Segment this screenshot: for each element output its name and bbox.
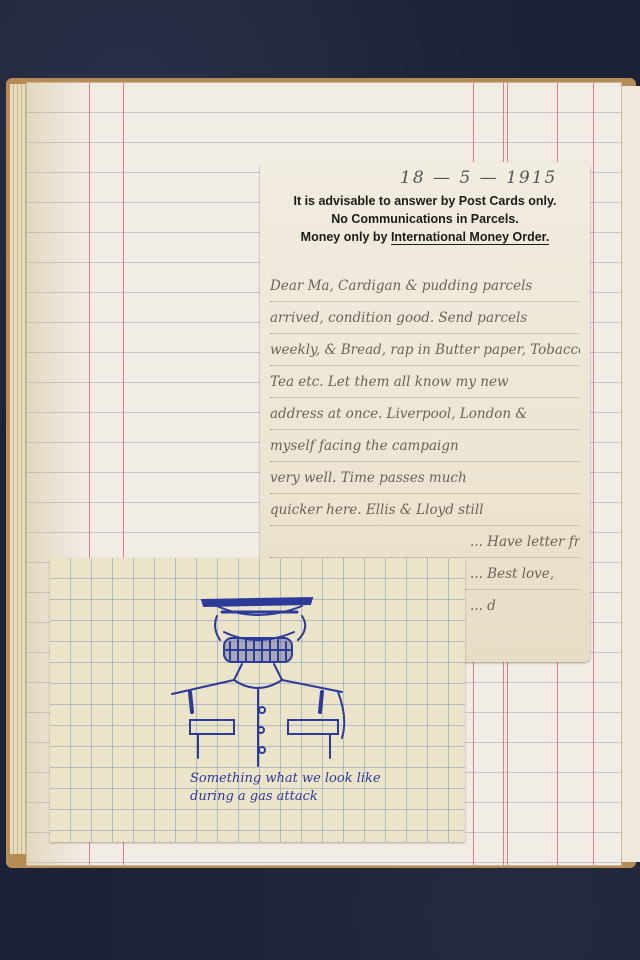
postcard-notice: It is advisable to answer by Post Cards … (260, 192, 590, 246)
message-line: myself facing the campaign (270, 430, 580, 462)
margin-line (593, 83, 594, 865)
message-line: address at once. Liverpool, London & (270, 398, 580, 430)
notice-line-2: No Communications in Parcels. (260, 210, 590, 228)
caption-line-2: during a gas attack (190, 788, 381, 806)
message-line: arrived, condition good. Send parcels (270, 302, 580, 334)
notice-line-1: It is advisable to answer by Post Cards … (260, 192, 590, 210)
message-line: quicker here. Ellis & Lloyd still (270, 494, 580, 526)
sketch-caption: Something what we look like during a gas… (190, 770, 381, 806)
message-line: ... Have letter from (270, 526, 580, 558)
notice-line-3-emphasis: International Money Order. (391, 230, 549, 245)
notice-line-3: Money only by International Money Order. (260, 228, 590, 246)
postcard-date: 18 — 5 — 1915 (400, 168, 557, 188)
gas-mask-soldier-drawing (162, 588, 352, 768)
notice-line-3-prefix: Money only by (301, 230, 391, 244)
message-line: Tea etc. Let them all know my new (270, 366, 580, 398)
message-line: Dear Ma, Cardigan & pudding parcels (270, 270, 580, 302)
message-line: weekly, & Bread, rap in Butter paper, To… (270, 334, 580, 366)
message-line: very well. Time passes much (270, 462, 580, 494)
caption-line-1: Something what we look like (190, 770, 381, 788)
graph-paper-sketch: Something what we look like during a gas… (50, 558, 465, 842)
